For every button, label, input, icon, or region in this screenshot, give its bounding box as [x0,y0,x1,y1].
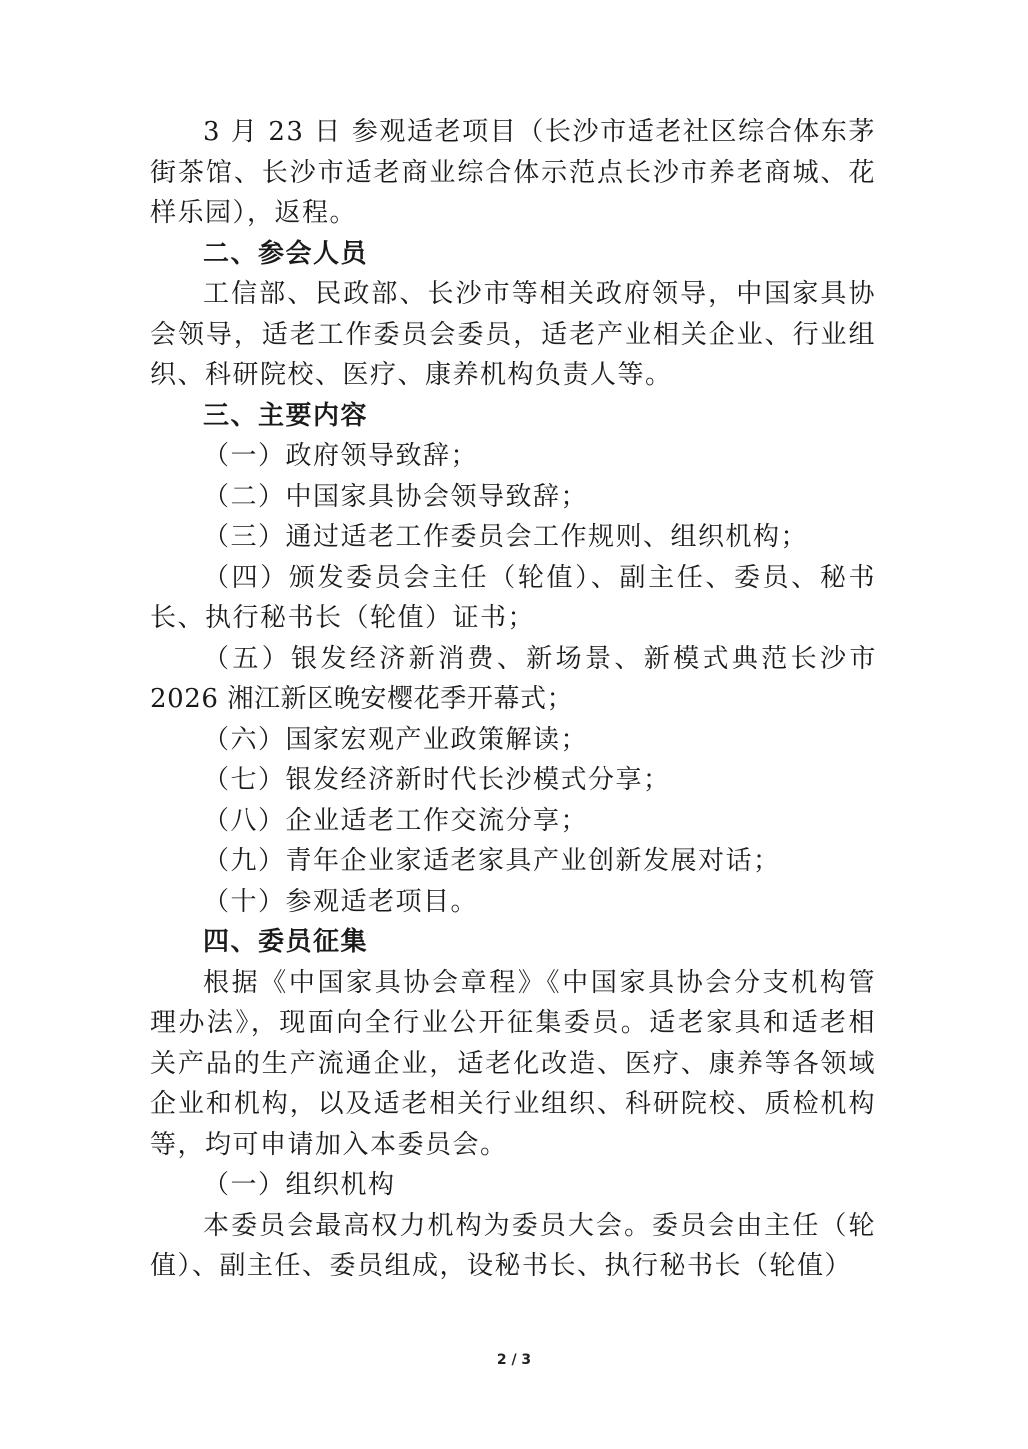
schedule-paragraph: 3 月 23 日 参观适老项目（长沙市适老社区综合体东茅街茶馆、长沙市适老商业综… [150,112,876,234]
subsection-heading-organization: （一）组织机构 [150,1165,876,1206]
section-heading-main-content: 三、主要内容 [150,396,876,437]
agenda-item: （二）中国家具协会领导致辞； [150,477,876,518]
document-body: 3 月 23 日 参观适老项目（长沙市适老社区综合体东茅街茶馆、长沙市适老商业综… [150,112,876,1287]
agenda-item: （一）政府领导致辞； [150,436,876,477]
recruitment-paragraph: 根据《中国家具协会章程》《中国家具协会分支机构管理办法》，现面向全行业公开征集委… [150,963,876,1166]
page-number: 2 / 3 [0,1352,1028,1368]
agenda-item: （八）企业适老工作交流分享； [150,801,876,842]
section-heading-member-recruitment: 四、委员征集 [150,922,876,963]
agenda-item: （三）通过适老工作委员会工作规则、组织机构； [150,517,876,558]
agenda-item: （七）银发经济新时代长沙模式分享； [150,760,876,801]
agenda-item: （六）国家宏观产业政策解读； [150,720,876,761]
agenda-item: （九）青年企业家适老家具产业创新发展对话； [150,841,876,882]
agenda-item: （十）参观适老项目。 [150,882,876,923]
organization-paragraph: 本委员会最高权力机构为委员大会。委员会由主任（轮值）、副主任、委员组成，设秘书长… [150,1206,876,1287]
section-heading-participants: 二、参会人员 [150,234,876,275]
agenda-item: （五）银发经济新消费、新场景、新模式典范长沙市 2026 湘江新区晚安樱花季开幕… [150,639,876,720]
participants-paragraph: 工信部、民政部、长沙市等相关政府领导，中国家具协会领导，适老工作委员会委员，适老… [150,274,876,396]
agenda-item: （四）颁发委员会主任（轮值）、副主任、委员、秘书长、执行秘书长（轮值）证书； [150,558,876,639]
document-page: 3 月 23 日 参观适老项目（长沙市适老社区综合体东茅街茶馆、长沙市适老商业综… [0,0,1028,1449]
